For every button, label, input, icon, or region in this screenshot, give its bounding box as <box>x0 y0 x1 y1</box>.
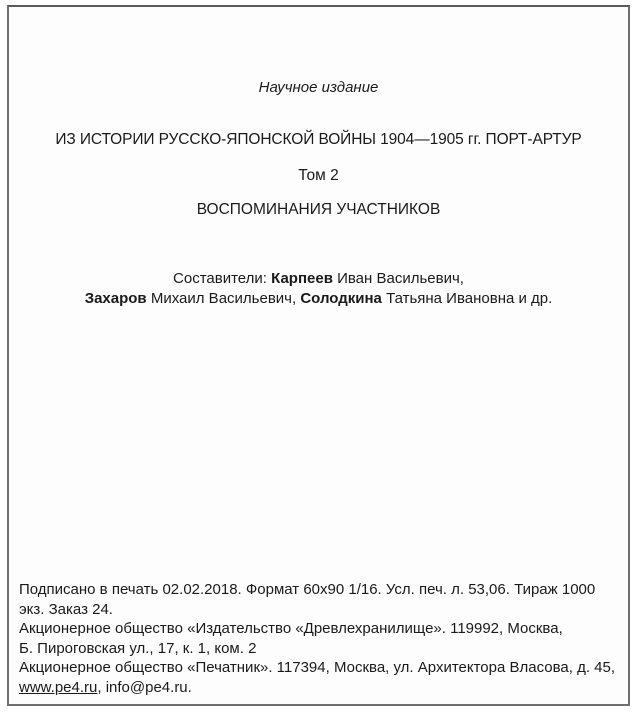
imprint-printer: Акционерное общество «Печатник». 117394,… <box>19 658 615 678</box>
compiler-surname: Карпеев <box>271 270 333 287</box>
imprint-order-info: экз. Заказ 24. <box>19 600 615 620</box>
compiler-surname: Захаров <box>85 290 147 307</box>
edition-type: Научное издание <box>9 79 628 96</box>
page-frame: Научное издание ИЗ ИСТОРИИ РУССКО-ЯПОНСК… <box>7 5 630 706</box>
compilers-label: Составители: <box>173 270 271 287</box>
compiler-given-name: Михаил Васильевич, <box>147 290 301 307</box>
email-text: , info@pe4.ru. <box>97 679 191 696</box>
website-link[interactable]: www.pe4.ru <box>19 679 97 696</box>
book-subtitle: ВОСПОМИНАНИЯ УЧАСТНИКОВ <box>9 201 628 219</box>
imprint-publisher: Акционерное общество «Издательство «Древ… <box>19 619 615 639</box>
volume-number: Том 2 <box>9 167 628 185</box>
compiler-given-name: Татьяна Ивановна и др. <box>382 290 552 307</box>
imprint-publisher-address: Б. Пироговская ул., 17, к. 1, ком. 2 <box>19 639 615 659</box>
compilers-line-1: Составители: Карпеев Иван Васильевич, <box>9 269 628 289</box>
compilers-line-2: Захаров Михаил Васильевич, Солодкина Тат… <box>9 289 628 309</box>
imprint-block: Подписано в печать 02.02.2018. Формат 60… <box>19 580 615 697</box>
imprint-contacts: www.pe4.ru, info@pe4.ru. <box>19 678 615 698</box>
book-title: ИЗ ИСТОРИИ РУССКО-ЯПОНСКОЙ ВОЙНЫ 1904—19… <box>9 131 628 149</box>
compiler-surname: Солодкина <box>300 290 382 307</box>
imprint-print-info: Подписано в печать 02.02.2018. Формат 60… <box>19 580 615 600</box>
compilers-block: Составители: Карпеев Иван Васильевич, За… <box>9 269 628 309</box>
compiler-given-name: Иван Васильевич, <box>333 270 464 287</box>
